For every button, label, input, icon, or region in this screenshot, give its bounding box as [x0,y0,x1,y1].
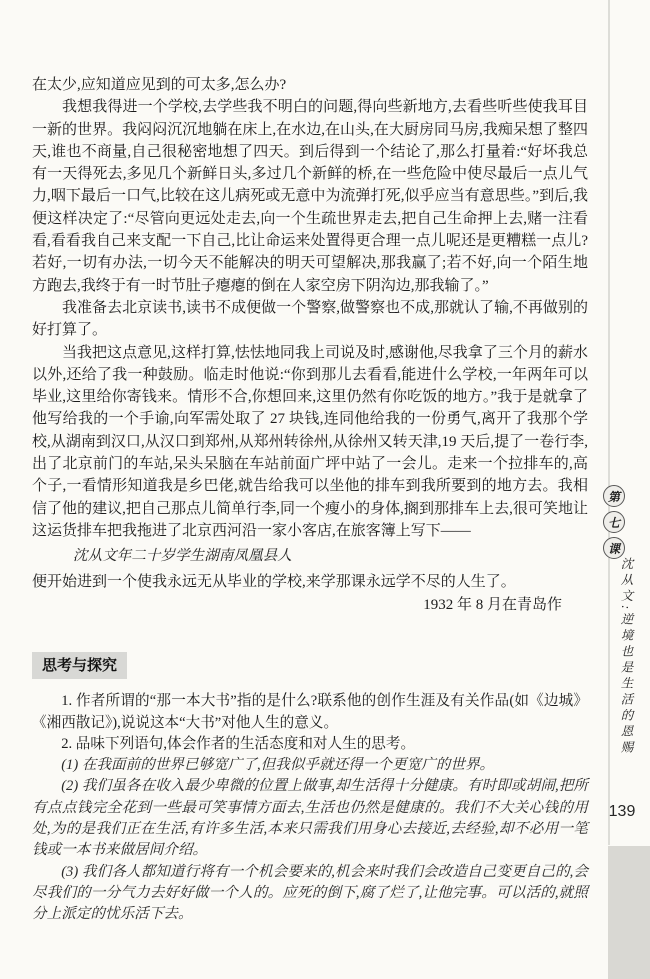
textbook-page: 在太少,应知道应见到的可太多,怎么办? 我想我得进一个学校,去学些我不明白的问题… [0,0,650,979]
exercise-section: 思考与探究 1. 作者所谓的“那一本大书”指的是什么?联系他的创作生涯及有关作品… [32,652,588,926]
dateline: 1932 年 8 月在青岛作 [32,594,588,616]
body-paragraph-plan: 我想我得进一个学校,去学些我不明白的问题,得向些新地方,去看些听些使我耳目一新的… [32,96,588,297]
badge-char-ke: 课 [603,537,625,559]
body-paragraph-beijing: 我准备去北京读书,读书不成便做一个警察,做警察也不成,那就认了输,不再做别的好打… [32,297,588,342]
corner-tab [608,846,650,979]
body-paragraph-continuation: 在太少,应知道应见到的可太多,怎么办? [32,74,588,96]
quote-3: (3) 我们各人都知道行将有一个机会要来的,机会来时我们会改造自己变更自己的,会… [32,862,588,926]
badge-char-qi: 七 [603,511,625,533]
lesson-title-vertical: 沈从文:逆境也是生活的恩赐 [617,557,635,797]
article-body: 在太少,应知道应见到的可太多,怎么办? 我想我得进一个学校,去学些我不明白的问题… [32,74,588,616]
question-1: 1. 作者所谓的“那一本大书”指的是什么?联系他的创作生涯及有关作品(如《边城》… [32,691,588,734]
body-paragraph-closing: 便开始进到一个使我永远无从毕业的学校,来学那课永远学不尽的人生了。 [32,571,588,593]
sidebar-rule [608,0,610,845]
body-paragraph-journey: 当我把这点意见,这样打算,怯怯地同我上司说及时,感谢他,尽我拿了三个月的薪水以外… [32,342,588,543]
quote-1: (1) 在我面前的世界已够宽广了,但我似乎就还得一个更宽广的世界。 [32,755,588,776]
lesson-number-badge: 第 七 课 [603,485,625,559]
badge-char-di: 第 [603,485,625,507]
question-2: 2. 品味下列语句,体会作者的生活态度和对人生的思考。 [32,734,588,755]
register-inscription: 沈从文年二十岁学生湖南凤凰县人 [32,545,588,567]
page-number: 139 [600,803,644,821]
quote-2: (2) 我们虽各在收入最少卑微的位置上做事,却生活得十分健康。有时即或胡闹,把所… [32,776,588,861]
exercise-header: 思考与探究 [32,652,127,679]
